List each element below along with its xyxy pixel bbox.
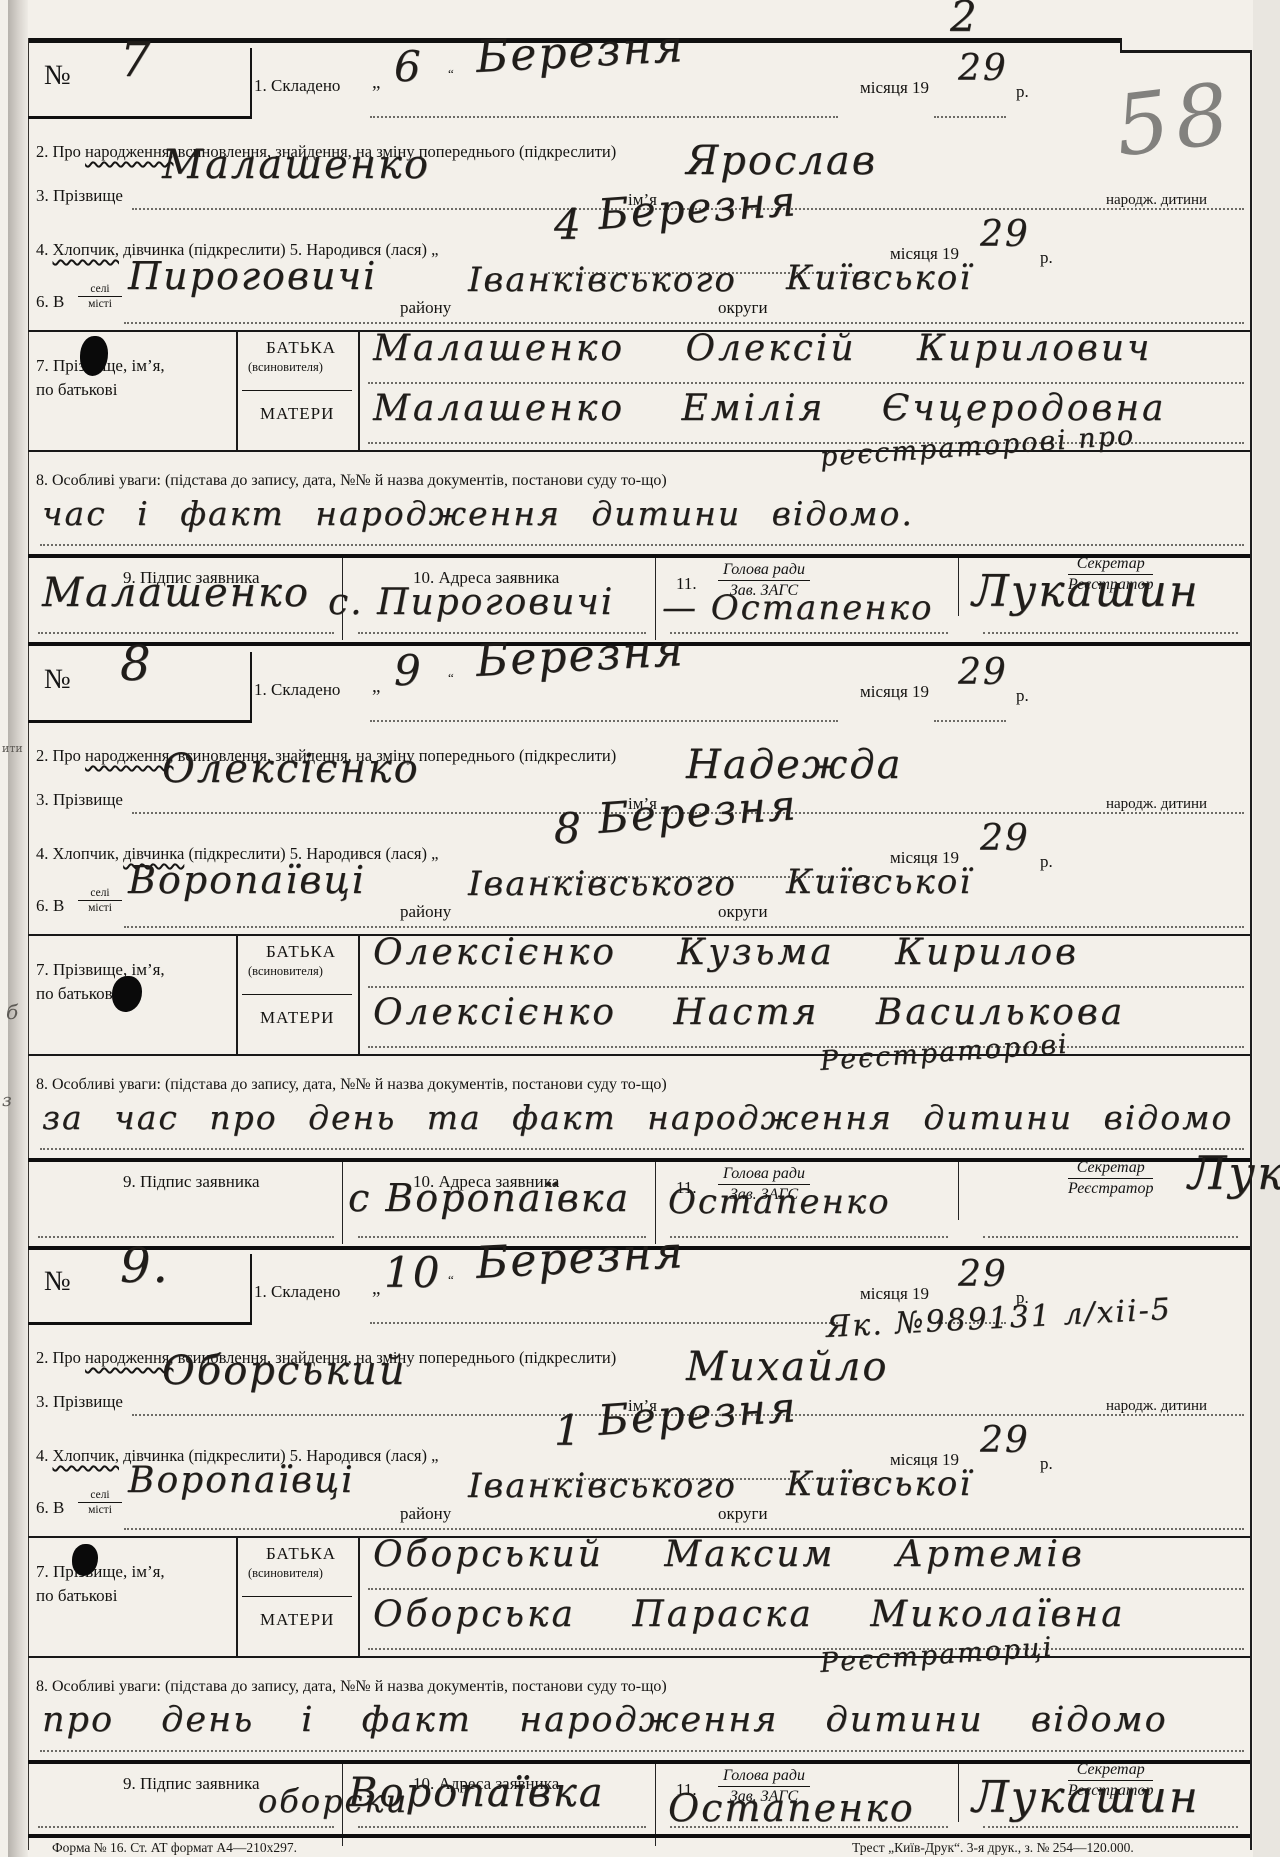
- applicant-signature-label: 9. Підпис заявника: [123, 1774, 260, 1794]
- district-label: району: [400, 1504, 451, 1524]
- page-fold-shadow: [8, 0, 28, 1857]
- composed-month-value: Березня: [475, 1227, 686, 1289]
- no-sign: №: [44, 60, 71, 92]
- surname-value: Малашенко: [162, 142, 430, 188]
- region-label: округи: [718, 902, 768, 922]
- district-label: району: [400, 902, 451, 922]
- underlined-birth-word: народження,: [85, 142, 173, 161]
- record-number-value: 7: [120, 32, 153, 88]
- adopter-cell-label: (всиновителя): [248, 1566, 323, 1581]
- surname-label: 3. Прізвище: [36, 186, 123, 206]
- record-number-box: № 8: [28, 652, 252, 723]
- quote-open: „: [372, 1278, 380, 1300]
- margin-fragment: з: [2, 1090, 12, 1111]
- father-cell-label: БАТЬКА: [266, 1544, 336, 1564]
- adopter-cell-label: (всиновителя): [248, 360, 323, 375]
- underlined-sex-word: Хлопчик,: [53, 240, 120, 259]
- composed-day-value: 6: [394, 42, 423, 91]
- secretary-label: Секретар Реєстратор: [1068, 1158, 1153, 1198]
- parents-label-line2: по батькові: [36, 380, 117, 400]
- district-value: Іванківського: [468, 864, 737, 904]
- district-value: Іванківського: [468, 260, 737, 300]
- underlined-birth-word: народження,: [85, 1348, 173, 1367]
- village-value: Воропаївці: [128, 1460, 355, 1501]
- mother-name-value: Олексієнко Настя Василькова: [373, 992, 1125, 1033]
- month-year-label: місяця 19: [860, 682, 929, 702]
- form-footer-left: Форма № 16. Ст. АТ формат А4—210х297.: [52, 1840, 297, 1856]
- composed-month-value: Березня: [475, 21, 686, 83]
- remarks-label: 8. Особливі уваги: (підстава до запису, …: [36, 1076, 667, 1094]
- born-month-value: Березня: [596, 176, 799, 239]
- year-suffix: р.: [1016, 82, 1029, 102]
- father-name-value: Малашенко Олексій Кирилович: [373, 328, 1152, 369]
- remarks-label: 8. Особливі уваги: (підстава до запису, …: [36, 472, 667, 490]
- place-label: 6. В: [36, 896, 64, 916]
- composed-year-value: 29: [958, 652, 1008, 693]
- born-month-value: Березня: [596, 780, 799, 843]
- remarks-value-line1: Реєстраторові: [819, 1029, 1070, 1077]
- born-year-value: 29: [980, 1420, 1030, 1461]
- quote-open: „: [372, 676, 380, 698]
- remarks-value-line2: за час про день та факт народження дитин…: [42, 1098, 1233, 1137]
- place-label: 6. В: [36, 1498, 64, 1518]
- mother-name-value: Малашенко Емілія Єчцеродовна: [373, 388, 1167, 429]
- village-value: Пироговичі: [128, 254, 377, 298]
- district-value: Іванківського: [468, 1466, 737, 1506]
- quote-close: “: [448, 670, 454, 686]
- region-label: округи: [718, 298, 768, 318]
- born-month-value: Березня: [596, 1382, 799, 1445]
- composed-label: 1. Складено: [254, 76, 340, 96]
- father-name-value: Оборський Максим Артемів: [373, 1534, 1085, 1575]
- council-head-signature-value: Остапенко: [668, 1786, 915, 1830]
- father-cell-label: БАТЬКА: [266, 338, 336, 358]
- child-birth-label: народж. дитини: [1106, 192, 1207, 209]
- mother-cell-label: МАТЕРИ: [260, 1610, 334, 1630]
- composed-label: 1. Складено: [254, 680, 340, 700]
- composed-day-value: 10: [384, 1248, 441, 1297]
- year-suffix: р.: [1040, 852, 1053, 872]
- surname-label: 3. Прізвище: [36, 790, 123, 810]
- no-sign: №: [44, 664, 71, 696]
- village-value: Воропаївці: [128, 858, 366, 902]
- ink-blot: [112, 976, 142, 1012]
- underlined-sex-word: Хлопчик,: [53, 1446, 120, 1465]
- region-label: округи: [718, 1504, 768, 1524]
- no-sign: №: [44, 1266, 71, 1298]
- region-value: Київської: [786, 1464, 972, 1504]
- composed-label: 1. Складено: [254, 1282, 340, 1302]
- record-8: № 8 1. Складено „ 9 “ Березня місяця 19 …: [28, 646, 1252, 1246]
- record-number-box: № 7: [28, 48, 252, 119]
- remarks-value-line2: час і факт народження дитини відомо.: [42, 494, 914, 533]
- surname-label: 3. Прізвище: [36, 1392, 123, 1412]
- parents-label-line2: по батькові: [36, 984, 117, 1004]
- record-9: № 9. 1. Складено „ 10 “ Березня місяця 1…: [28, 1248, 1252, 1840]
- village-city-selector: селі місті: [78, 886, 122, 916]
- surname-value: Оборський: [162, 1348, 406, 1394]
- year-suffix: р.: [1040, 248, 1053, 268]
- applicant-signature-value: Малашенко: [42, 570, 310, 616]
- applicant-address-value: Воропаївка: [348, 1770, 605, 1816]
- record-number-value: 8: [120, 636, 153, 692]
- born-day-value: 4: [554, 200, 583, 249]
- district-label: району: [400, 298, 451, 318]
- village-city-selector: селі місті: [78, 282, 122, 312]
- region-value: Київської: [786, 258, 972, 298]
- child-birth-label: народж. дитини: [1106, 796, 1207, 813]
- surname-value: Олексієнко: [162, 746, 420, 792]
- secretary-signature-value: Лукашин: [972, 1772, 1200, 1823]
- remarks-value-line2: про день і факт народження дитини відомо: [42, 1700, 1168, 1740]
- applicant-address-value: с Воропаївка: [348, 1176, 630, 1220]
- year-suffix: р.: [1040, 1454, 1053, 1474]
- record-7: № 7 1. Складено „ 6 “ Березня місяця 19 …: [28, 42, 1252, 646]
- composed-year-value: 29: [958, 1254, 1008, 1295]
- quote-open: „: [372, 72, 380, 94]
- quote-close: “: [448, 1272, 454, 1288]
- composed-day-value: 9: [394, 646, 423, 695]
- quote-close: “: [448, 66, 454, 82]
- scanned-registry-page: 2 ити б з № 7 1. Складено „ 6 “ Березня …: [0, 0, 1280, 1857]
- village-city-selector: селі місті: [78, 1488, 122, 1518]
- region-value: Київської: [786, 862, 972, 902]
- remarks-value-line1: Реєстраторці: [819, 1632, 1055, 1679]
- parents-label-line1: 7. Прізвище, ім’я,: [36, 1562, 165, 1582]
- secretary-signature-value: Лукашин: [1188, 1146, 1280, 1200]
- born-year-value: 29: [980, 818, 1030, 859]
- applicant-signature-label: 9. Підпис заявника: [123, 1172, 260, 1192]
- child-birth-label: народж. дитини: [1106, 1398, 1207, 1415]
- applicant-address-value: с. Пироговичі: [328, 582, 614, 623]
- page-edge-shade: [1253, 0, 1280, 1857]
- place-label: 6. В: [36, 292, 64, 312]
- mother-name-value: Оборська Параска Миколаївна: [373, 1594, 1126, 1635]
- underlined-birth-word: народження,: [85, 746, 173, 765]
- record-number-box: № 9.: [28, 1254, 252, 1325]
- father-name-value: Олексієнко Кузьма Кирилов: [373, 932, 1079, 973]
- record-number-value: 9.: [120, 1238, 170, 1294]
- father-cell-label: БАТЬКА: [266, 942, 336, 962]
- mother-cell-label: МАТЕРИ: [260, 1008, 334, 1028]
- month-year-label: місяця 19: [860, 78, 929, 98]
- council-head-signature-value: — Остапенко: [662, 588, 933, 628]
- parents-label-line1: 7. Прізвище, ім’я,: [36, 960, 165, 980]
- born-day-value: 8: [554, 804, 583, 853]
- margin-fragment: ити: [2, 742, 23, 755]
- born-year-value: 29: [980, 214, 1030, 255]
- pencil-note: 58: [1110, 64, 1240, 176]
- composed-month-value: Березня: [475, 625, 686, 687]
- remarks-label: 8. Особливі уваги: (підстава до запису, …: [36, 1678, 667, 1696]
- composed-year-value: 29: [958, 48, 1008, 89]
- secretary-signature-value: Лукашин: [972, 566, 1200, 617]
- adopter-cell-label: (всиновителя): [248, 964, 323, 979]
- page-number-handwritten: 2: [950, 0, 979, 41]
- parents-label-line2: по батькові: [36, 1586, 117, 1606]
- mother-cell-label: МАТЕРИ: [260, 404, 334, 424]
- margin-fragment: б: [6, 1000, 18, 1024]
- form-footer-right: Трест „Київ-Друк“. 3-я друк., з. № 254—1…: [852, 1840, 1134, 1856]
- month-year-label: місяця 19: [860, 1284, 929, 1304]
- born-day-value: 1: [554, 1406, 583, 1455]
- year-suffix: р.: [1016, 686, 1029, 706]
- council-head-signature-value: Остапенко: [668, 1182, 891, 1222]
